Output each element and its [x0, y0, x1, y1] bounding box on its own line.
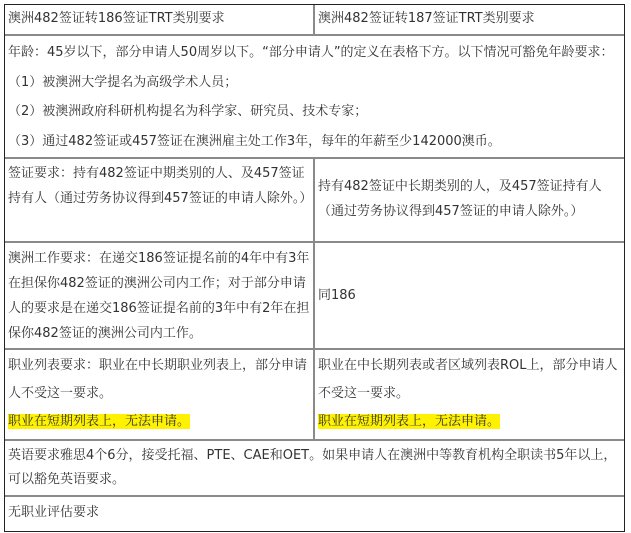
age-requirement-row: 年龄：45岁以下，部分申请人50周岁以下。“部分申请人”的定义在表格下方。以下情…: [5, 36, 624, 159]
occupation-list-186-highlight-note: 职业在短期列表上，无法申请。: [8, 414, 190, 429]
occupation-list-187: 职业在中长期列表或者区域列表ROL上，部分申请人不受这一要求。 职业在短期列表上…: [315, 350, 624, 439]
work-requirement-186-text: 澳洲工作要求：在递交186签证提名前的4年中有3年在担保你482签证的澳洲公司内…: [8, 251, 309, 341]
english-requirement-cell: 英语要求雅思4个6分，接受托福、PTE、CAE和OET。如果申请人在澳洲中等教育…: [5, 441, 624, 495]
work-requirement-row: 澳洲工作要求：在递交186签证提名前的4年中有3年在担保你482签证的澳洲公司内…: [5, 243, 624, 350]
english-requirement-row: 英语要求雅思4个6分，接受托福、PTE、CAE和OET。如果申请人在澳洲中等教育…: [5, 441, 624, 497]
visa-requirement-187-text: 持有482签证中长期类别的人，及457签证持有人（通过劳务协议得到457签证的申…: [318, 174, 621, 224]
work-requirement-186: 澳洲工作要求：在递交186签证提名前的4年中有3年在担保你482签证的澳洲公司内…: [5, 243, 315, 348]
table-header-row: 澳洲482签证转186签证TRT类别要求 澳洲482签证转187签证TRT类别要…: [5, 5, 624, 36]
visa-requirement-row: 签证要求：持有482签证中期类别的人、及457签证持有人（通过劳务协议得到457…: [5, 159, 624, 243]
english-requirement-text: 英语要求雅思4个6分，接受托福、PTE、CAE和OET。如果申请人在澳洲中等教育…: [8, 448, 616, 487]
skills-assessment-row: 无职业评估要求: [5, 497, 624, 531]
age-intro: 年龄：45岁以下，部分申请人50周岁以下。“部分申请人”的定义在表格下方。以下情…: [8, 38, 621, 68]
work-requirement-187: 同186: [315, 243, 624, 348]
occupation-list-187-text: 职业在中长期列表或者区域列表ROL上，部分申请人不受这一要求。: [318, 358, 618, 401]
header-187-label: 澳洲482签证转187签证TRT类别要求: [318, 8, 621, 30]
age-exemption-3: （3）通过482签证或457签证在澳洲雇主处工作3年，每年的年薪至少142000…: [8, 127, 621, 157]
header-cell-187: 澳洲482签证转187签证TRT类别要求: [315, 5, 624, 34]
skills-assessment-text: 无职业评估要求: [8, 501, 621, 525]
header-186-label: 澳洲482签证转186签证TRT类别要求: [8, 8, 310, 30]
age-exemption-1: （1）被澳洲大学提名为高级学术人员；: [8, 68, 621, 98]
header-cell-186: 澳洲482签证转186签证TRT类别要求: [5, 5, 315, 34]
skills-assessment-cell: 无职业评估要求: [5, 497, 624, 531]
visa-requirement-186: 签证要求：持有482签证中期类别的人、及457签证持有人（通过劳务协议得到457…: [5, 159, 315, 241]
occupation-list-row: 职业列表要求：职业在中长期职业列表上，部分申请人不受这一要求。 职业在短期列表上…: [5, 350, 624, 441]
visa-requirement-186-text: 签证要求：持有482签证中期类别的人、及457签证持有人（通过劳务协议得到457…: [8, 166, 312, 206]
work-requirement-187-text: 同186: [318, 283, 356, 308]
occupation-list-186-text: 职业列表要求：职业在中长期职业列表上，部分申请人不受这一要求。: [8, 358, 307, 401]
age-exemption-2: （2）被澳洲政府科研机构提名为科学家、研究员、技术专家；: [8, 97, 621, 127]
visa-requirement-187: 持有482签证中长期类别的人，及457签证持有人（通过劳务协议得到457签证的申…: [315, 159, 624, 241]
age-requirement-cell: 年龄：45岁以下，部分申请人50周岁以下。“部分申请人”的定义在表格下方。以下情…: [5, 36, 624, 157]
occupation-list-186: 职业列表要求：职业在中长期职业列表上，部分申请人不受这一要求。 职业在短期列表上…: [5, 350, 315, 439]
visa-comparison-table: 澳洲482签证转186签证TRT类别要求 澳洲482签证转187签证TRT类别要…: [4, 4, 625, 532]
occupation-list-187-highlight-note: 职业在短期列表上，无法申请。: [318, 414, 500, 429]
